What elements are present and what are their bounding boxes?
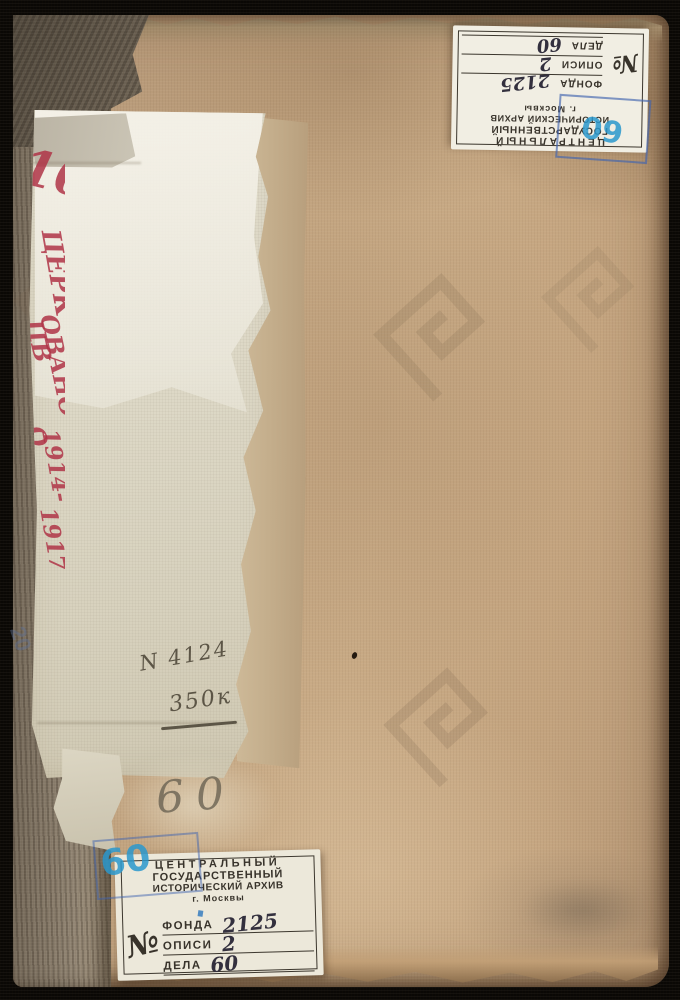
stamp-row-label: ДЕЛА xyxy=(571,37,603,51)
stamp-row: ДЕЛА 60 xyxy=(462,34,603,55)
pencil-price: 350к xyxy=(168,684,234,718)
red-fragment: ЦЕРК xyxy=(35,227,65,319)
archival-book-photo: ГЛАВАРХИВ МОСКВЫ ГЛАВАРХИВ МОСКВЫ 10 ЦЕР… xyxy=(0,0,680,1000)
stamp-row-label: ДЕЛА xyxy=(163,960,202,975)
stamp-row-label: ОПИСИ xyxy=(163,939,213,954)
archive-stamp-top: ЦЕНТРАЛЬНЫЙ ГОСУДАРСТВЕННЫЙ ИСТОРИЧЕСКИЙ… xyxy=(451,25,649,152)
stamp-row: ДЕЛА 60 xyxy=(163,951,314,975)
stamp-row-value: 60 xyxy=(536,33,563,57)
stamp-row-label: ФОНДА xyxy=(559,75,602,89)
stamp-number-symbol: № xyxy=(123,923,166,965)
stamp-row: ФОНДА 2125 xyxy=(461,72,602,93)
archive-stamp-bottom: ЦЕНТРАЛЬНЫЙ ГОСУДАРСТВЕННЫЙ ИСТОРИЧЕСКИЙ… xyxy=(114,849,323,981)
big-archival-label: 10 ЦЕРК ЦВ ОВАНО- О 1914- 1917 N 4124 35… xyxy=(27,110,273,778)
red-fragment: 1914- xyxy=(36,427,65,504)
stain xyxy=(520,880,650,940)
pencil-inventory-number: N 4124 xyxy=(138,636,231,675)
pencil-file-number: 60 xyxy=(154,767,237,823)
red-fragment: ОВАНО- xyxy=(34,312,65,430)
blue-number-stamp: 60 xyxy=(98,837,154,885)
stamp-row-label: ОПИСИ xyxy=(561,56,603,70)
stamp-row-label: ФОНДА xyxy=(162,919,213,934)
blue-number-stamp: 60 xyxy=(579,108,626,150)
stamp-number-symbol: № xyxy=(601,48,640,81)
red-fragment: 1917 xyxy=(34,506,65,574)
label-top-paper xyxy=(35,110,263,530)
stamp-row-value: 60 xyxy=(210,951,240,978)
stamp-row: ОПИСИ 2 xyxy=(461,53,602,74)
